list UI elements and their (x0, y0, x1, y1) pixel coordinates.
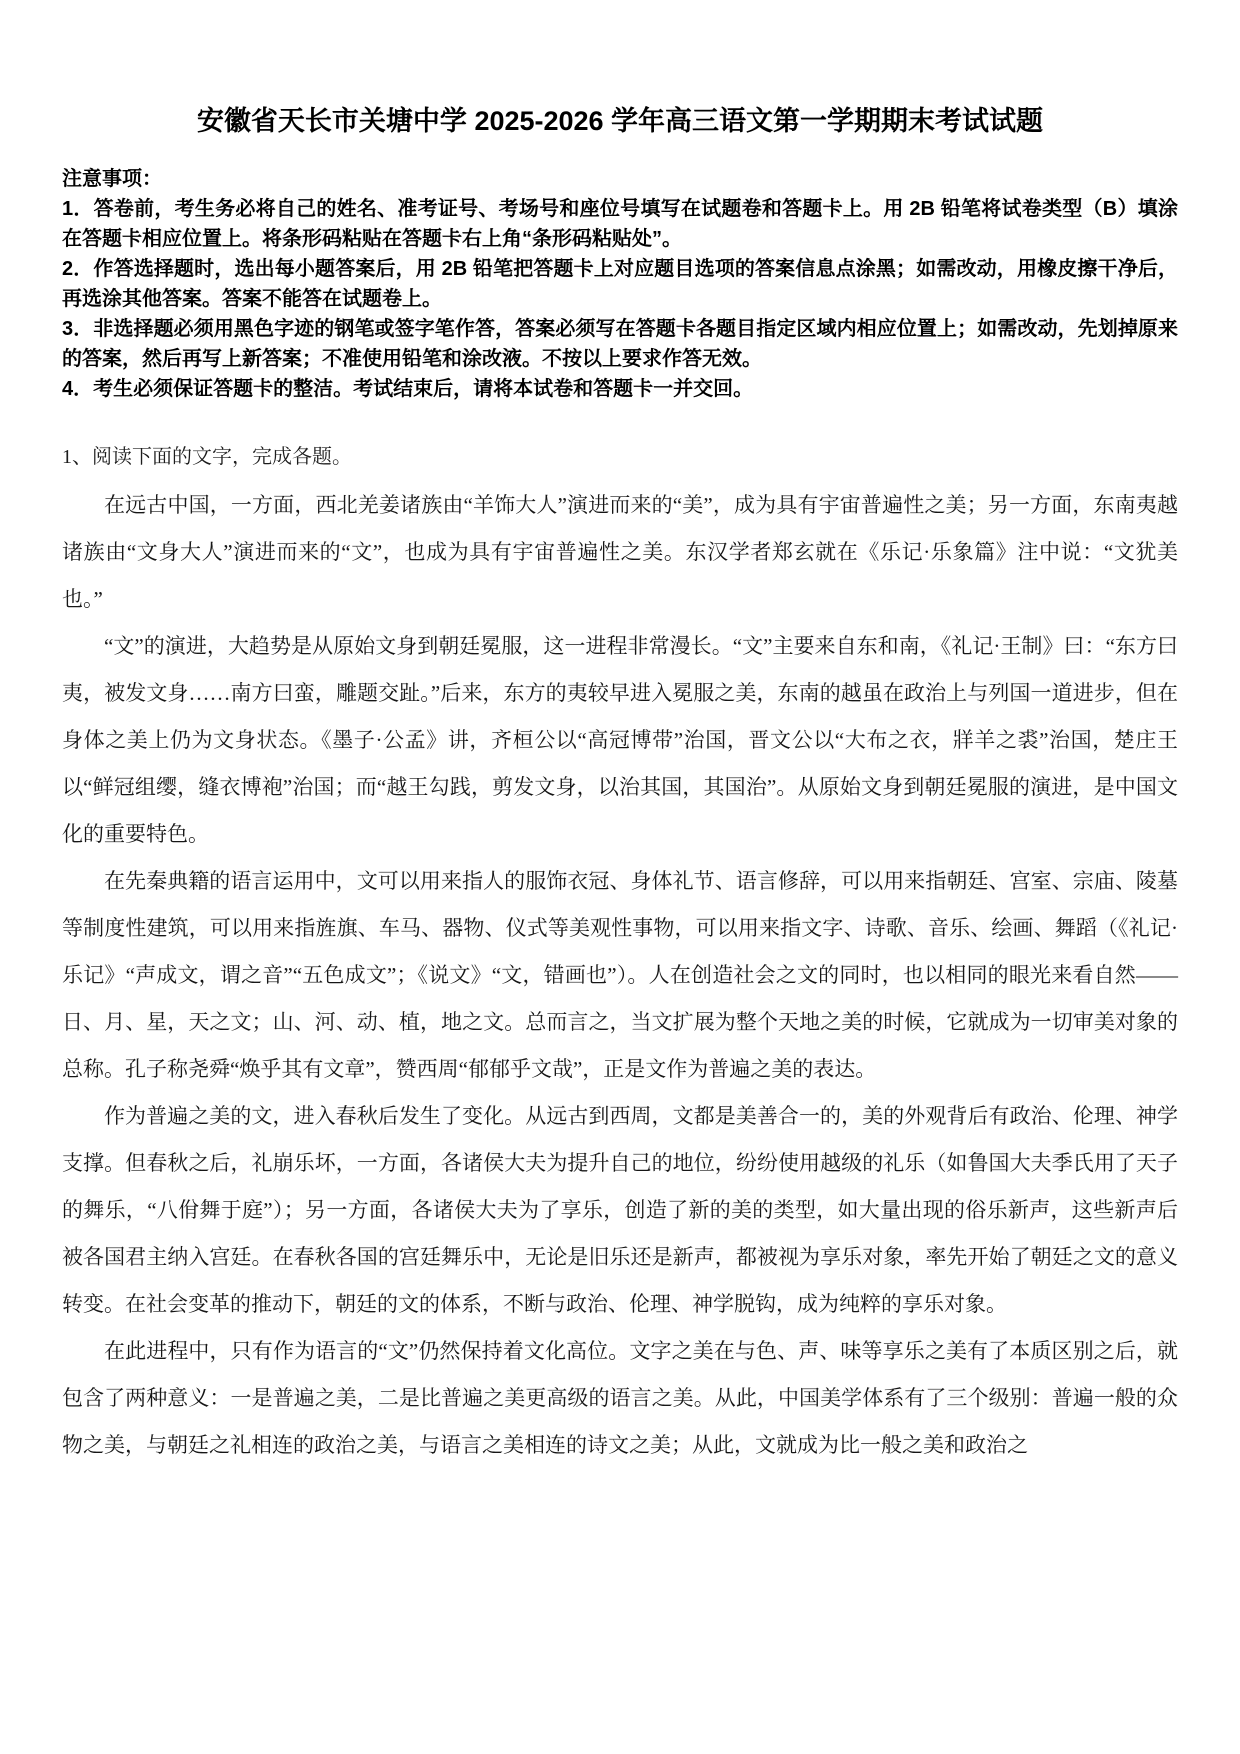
passage-paragraph-2: “文”的演进，大趋势是从原始文身到朝廷冕服，这一进程非常漫长。“文”主要来自东和… (62, 623, 1178, 858)
notice-item-1: 1．答卷前，考生务必将自己的姓名、准考证号、考场号和座位号填写在试题卷和答题卡上… (62, 194, 1178, 254)
exam-paper-page: 安徽省天长市关塘中学 2025-2026 学年高三语文第一学期期末考试试题 注意… (0, 0, 1240, 1754)
notice-heading: 注意事项： (62, 164, 1178, 194)
question-1-prompt: 1、阅读下面的文字，完成各题。 (62, 442, 1178, 472)
passage-paragraph-4: 作为普遍之美的文，进入春秋后发生了变化。从远古到西周，文都是美善合一的，美的外观… (62, 1093, 1178, 1328)
notice-section: 注意事项： 1．答卷前，考生务必将自己的姓名、准考证号、考场号和座位号填写在试题… (62, 164, 1178, 404)
notice-item-3: 3．非选择题必须用黑色字迹的钢笔或签字笔作答，答案必须写在答题卡各题目指定区域内… (62, 314, 1178, 374)
reading-passage: 在远古中国，一方面，西北羌姜诸族由“羊饰大人”演进而来的“美”，成为具有宇宙普遍… (62, 482, 1178, 1469)
exam-title: 安徽省天长市关塘中学 2025-2026 学年高三语文第一学期期末考试试题 (62, 102, 1178, 140)
passage-paragraph-5: 在此进程中，只有作为语言的“文”仍然保持着文化高位。文字之美在与色、声、味等享乐… (62, 1328, 1178, 1469)
passage-paragraph-1: 在远古中国，一方面，西北羌姜诸族由“羊饰大人”演进而来的“美”，成为具有宇宙普遍… (62, 482, 1178, 623)
notice-item-2: 2．作答选择题时，选出每小题答案后，用 2B 铅笔把答题卡上对应题目选项的答案信… (62, 254, 1178, 314)
notice-item-4: 4．考生必须保证答题卡的整洁。考试结束后，请将本试卷和答题卡一并交回。 (62, 374, 1178, 404)
passage-paragraph-3: 在先秦典籍的语言运用中，文可以用来指人的服饰衣冠、身体礼节、语言修辞，可以用来指… (62, 858, 1178, 1093)
